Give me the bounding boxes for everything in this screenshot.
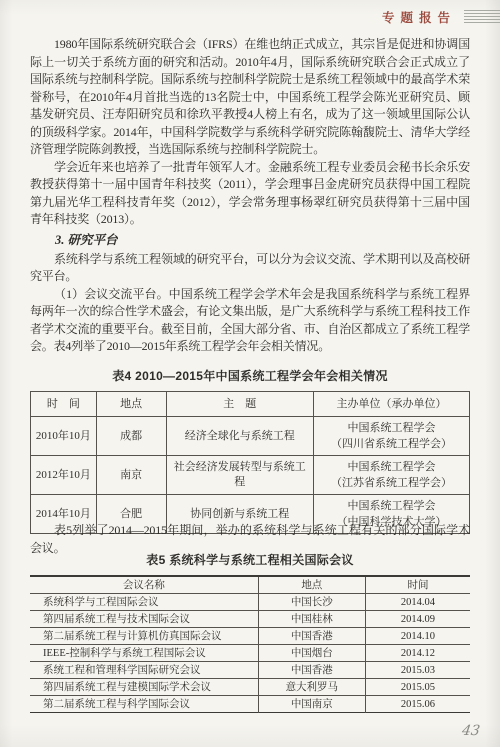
table4-header-time: 时 间	[31, 392, 97, 417]
table5-cell-date: 2015.06	[365, 696, 470, 713]
paragraph-conference-platform: （1）会议交流平台。中国系统工程学会学术年会是我国系统科学与系统工程界每两年一次…	[30, 286, 470, 356]
table5-cell-place: 中国烟台	[258, 645, 365, 662]
paragraph-table5-intro: 表5列举了2014—2015年期间，举办的系统科学与系统工程有关的部分国际学术会…	[30, 522, 470, 554]
co-organizer: （江苏省系统工程学会）	[316, 475, 467, 491]
header-rule-lines-icon	[464, 10, 500, 25]
section-heading-research-platform: 3. 研究平台	[30, 231, 470, 249]
table4-cell-place: 成都	[96, 417, 166, 456]
table5-header-row: 会议名称 地点 时间	[30, 576, 470, 594]
table4-annual-meetings: 时 间 地点 主 题 主办单位（承办单位） 2010年10月 成都 经济全球化与…	[30, 391, 470, 534]
table-row: IEEE-控制科学与系统工程国际会议 中国烟台 2014.12	[30, 645, 470, 662]
table4-header-place: 地点	[96, 392, 166, 417]
table4-cell-theme: 经济全球化与系统工程	[166, 417, 314, 456]
table-row: 第二届系统工程与科学国际会议 中国南京 2015.06	[30, 696, 470, 713]
paragraph-platform-overview: 系统科学与系统工程领域的研究平台，可以分为会议交流、学术期刊以及高校研究平台。	[30, 251, 470, 286]
table5-cell-place: 中国长沙	[258, 594, 365, 611]
table4-title: 表4 2010—2015年中国系统工程学会年会相关情况	[30, 368, 470, 384]
table4-cell-host: 中国系统工程学会 （四川省系统工程学会）	[314, 417, 470, 456]
host-org: 中国系统工程学会	[316, 459, 467, 475]
table5-cell-place: 中国香港	[258, 662, 365, 679]
table4-header-theme: 主 题	[166, 392, 314, 417]
table5-cell-name: 第四届系统工程与技术国际会议	[30, 611, 258, 628]
table5-cell-date: 2014.04	[365, 594, 470, 611]
table4-header-row: 时 间 地点 主 题 主办单位（承办单位）	[31, 392, 470, 417]
scanned-report-page: 专题报告 1980年国际系统研究联合会（IFRS）在维也纳正式成立，其宗旨是促进…	[0, 0, 500, 747]
table5-title: 表5 系统科学与系统工程相关国际会议	[30, 552, 470, 568]
table4-cell-place: 南京	[96, 456, 166, 495]
table5-cell-name: 第二届系统工程与科学国际会议	[30, 696, 258, 713]
paragraph-table5-intro-block: 表5列举了2014—2015年期间，举办的系统科学与系统工程有关的部分国际学术会…	[30, 522, 470, 554]
co-organizer: （四川省系统工程学会）	[316, 436, 467, 452]
table4-cell-theme: 社会经济发展转型与系统工程	[166, 456, 314, 495]
table4-section: 表4 2010—2015年中国系统工程学会年会相关情况 时 间 地点 主 题 主…	[30, 368, 470, 534]
table5-header-name: 会议名称	[30, 576, 258, 594]
running-head-label: 专题报告	[382, 8, 456, 26]
table5-cell-date: 2014.10	[365, 628, 470, 645]
table5-cell-name: 系统工程和管理科学国际研究会议	[30, 662, 258, 679]
table-row: 第二届系统工程与计算机仿真国际会议 中国香港 2014.10	[30, 628, 470, 645]
table-row: 2010年10月 成都 经济全球化与系统工程 中国系统工程学会 （四川省系统工程…	[31, 417, 470, 456]
table5-header-date: 时间	[365, 576, 470, 594]
table5-cell-place: 中国香港	[258, 628, 365, 645]
table5-cell-date: 2014.12	[365, 645, 470, 662]
table-row: 系统工程和管理科学国际研究会议 中国香港 2015.03	[30, 662, 470, 679]
table4-cell-host: 中国系统工程学会 （江苏省系统工程学会）	[314, 456, 470, 495]
host-org: 中国系统工程学会	[316, 420, 467, 436]
table5-header-place: 地点	[258, 576, 365, 594]
table-row: 系统科学与工程国际会议 中国长沙 2014.04	[30, 594, 470, 611]
table5-cell-place: 中国桂林	[258, 611, 365, 628]
body-text-block: 1980年国际系统研究联合会（IFRS）在维也纳正式成立，其宗旨是促进和协调国际…	[30, 36, 470, 370]
table5-cell-date: 2015.03	[365, 662, 470, 679]
page-number: 43	[461, 723, 481, 739]
table5-cell-name: 第二届系统工程与计算机仿真国际会议	[30, 628, 258, 645]
table5-cell-name: 系统科学与工程国际会议	[30, 594, 258, 611]
table5-cell-place: 中国南京	[258, 696, 365, 713]
table-row: 第四届系统工程与建模国际学术会议 意大利罗马 2015.05	[30, 679, 470, 696]
table5-cell-place: 意大利罗马	[258, 679, 365, 696]
table5-cell-date: 2014.09	[365, 611, 470, 628]
table4-cell-time: 2012年10月	[31, 456, 97, 495]
table-row: 2012年10月 南京 社会经济发展转型与系统工程 中国系统工程学会 （江苏省系…	[31, 456, 470, 495]
paragraph-young-talents: 学会近年来也培养了一批青年领军人才。金融系统工程专业委员会秘书长余乐安教授获得第…	[30, 159, 470, 229]
host-org: 中国系统工程学会	[316, 498, 467, 514]
table5-international-conferences: 会议名称 地点 时间 系统科学与工程国际会议 中国长沙 2014.04 第四届系…	[30, 575, 470, 713]
table5-cell-date: 2015.05	[365, 679, 470, 696]
table5-section: 表5 系统科学与系统工程相关国际会议 会议名称 地点 时间 系统科学与工程国际会…	[30, 552, 470, 713]
table4-cell-time: 2010年10月	[31, 417, 97, 456]
table5-cell-name: 第四届系统工程与建模国际学术会议	[30, 679, 258, 696]
paragraph-ifrs-history: 1980年国际系统研究联合会（IFRS）在维也纳正式成立，其宗旨是促进和协调国际…	[30, 36, 470, 159]
table-row: 第四届系统工程与技术国际会议 中国桂林 2014.09	[30, 611, 470, 628]
table5-cell-name: IEEE-控制科学与系统工程国际会议	[30, 645, 258, 662]
table4-header-host: 主办单位（承办单位）	[314, 392, 470, 417]
